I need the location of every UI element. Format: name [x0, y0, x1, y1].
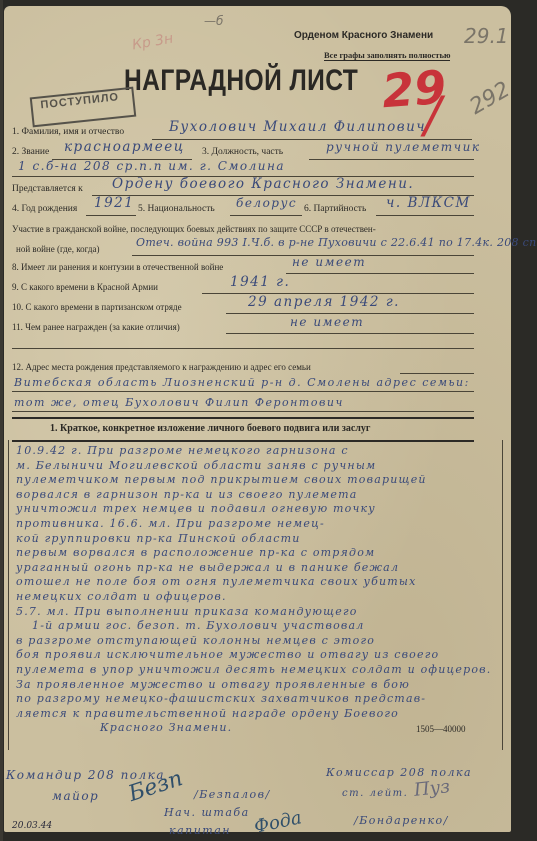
middle-signature: Фода [252, 807, 303, 838]
narrative-line: по разгрому немецко-фашистских захватчик… [16, 692, 426, 705]
pencil-number-2: 292 [466, 77, 515, 120]
middle-title-1: Нач. штаба [164, 806, 250, 819]
red-stroke: / [424, 86, 441, 144]
field-6-value: ч. ВЛКСМ [386, 195, 471, 211]
field-11-label: 11. Чем ранее награжден (за какие отличи… [12, 322, 180, 332]
field-7-label-cont: ной войне (где, когда) [16, 244, 100, 254]
section-top-rule [12, 417, 474, 419]
narrative-line: отошел не поле боя от огня пулеметчика с… [16, 575, 416, 588]
field-6-label: 6. Партийность [304, 204, 366, 214]
field-12-line-c [12, 411, 474, 412]
narrative-line: первым ворвался в расположение пр-ка с о… [16, 546, 375, 559]
field-5-line [230, 215, 302, 216]
date-note: 20.03.44 [12, 821, 52, 831]
field-9-value: 1941 г. [230, 274, 290, 290]
field-12-line-b [12, 391, 474, 392]
narrative-line: ураганный огонь пр-ка не выдержал и в па… [16, 561, 399, 574]
field-10-label: 10. С какого времени в партизанском отря… [12, 302, 182, 312]
right-title-1: Комиссар 208 полка [326, 766, 472, 779]
print-number: 1505—40000 [416, 724, 466, 734]
field-5-value: белорус [236, 196, 297, 210]
narrative-line: пулемета в упор уничтожил десять немецки… [16, 663, 491, 676]
field-5-label: 5. Национальность [138, 204, 215, 214]
field-4-line [86, 215, 136, 216]
order-header: Орденом Красного Знамени [294, 30, 433, 41]
field-3-line [309, 159, 474, 160]
field-10-line [226, 313, 474, 314]
field-7-value: Отеч. война 993 I.Ч.б. в р-не Пуховичи с… [136, 236, 537, 249]
field-8-line [286, 273, 474, 274]
stamp-label: ПОСТУПИЛО [40, 91, 120, 111]
narrative-line: м. Белыничи Могилевской области заняв с … [16, 459, 376, 472]
field-7-label: Участие в гражданской войне, последующих… [12, 224, 376, 234]
field-10-value: 29 апреля 1942 г. [248, 294, 400, 310]
narrative-line: в разгроме отступающей колонны немцев с … [16, 634, 375, 647]
field-3-value-cont: 1 с.б-на 208 ср.п.п им. г. Смолина [18, 159, 285, 173]
field-12-value-2: тот же, отец Бухолович Филип Феронтович [14, 396, 344, 409]
narrative-line: пулеметчиком первым под прикрытием своих… [16, 473, 427, 486]
scan-edge [0, 0, 3, 841]
narrative-line: 1-й армии гос. безоп. т. Бухолович участ… [32, 619, 364, 632]
section-right-border [502, 440, 503, 750]
narrative-line: ляется к правительственной награде орден… [16, 707, 399, 720]
right-signature: Пуз [413, 776, 451, 801]
pencil-note-top: Кр 3н [131, 31, 174, 54]
field-2-value: красноармеец [64, 139, 185, 155]
section-heading: 1. Краткое, конкретное изложение личного… [50, 423, 370, 434]
narrative-line: 10.9.42 г. При разгроме немецкого гарниз… [16, 444, 349, 457]
left-title-2: майор [52, 789, 99, 803]
left-name: /Безпалов/ [194, 788, 271, 801]
field-6-line [376, 215, 474, 216]
pencil-mark: —б [204, 14, 223, 28]
narrative-line: За проявленное мужество и отвагу проявле… [16, 678, 410, 691]
narrative-line: противника. 16.6. мл. При разгроме немец… [16, 517, 325, 530]
blank-line [12, 348, 474, 349]
right-name: /Бондаренко/ [354, 814, 449, 827]
field-8-label: 8. Имеет ли ранения и контузии в отечест… [12, 262, 223, 272]
narrative-line: уничтожил трех немцев и подавил огневую … [16, 502, 376, 515]
field-2-label: 2. Звание [12, 147, 49, 157]
field-1-label: 1. Фамилия, имя и отчество [12, 127, 124, 137]
award-sheet: Кр 3н —б Орденом Красного Знамени Все гр… [4, 6, 511, 832]
page-title: НАГРАДНОЙ ЛИСТ [124, 64, 358, 98]
section-bottom-rule [12, 440, 474, 442]
narrative-line: 5.7. мл. При выполнении приказа командую… [16, 605, 358, 618]
narrative-line: боя проявил исключительное мужество и от… [16, 648, 439, 661]
field-1-value: Бухолович Михаил Филипович [169, 119, 426, 135]
middle-title-2: капитан [169, 824, 231, 837]
field-11-line [226, 333, 474, 334]
field-9-label: 9. С какого времени в Красной Армии [12, 282, 158, 292]
presented-label: Представляется к [12, 184, 83, 194]
pencil-corner-number: 29.1 [464, 24, 509, 48]
field-11-value: не имеет [290, 315, 364, 329]
instruction: Все графы заполнять полностью [324, 50, 450, 61]
field-8-value: не имеет [292, 255, 366, 269]
section-left-border [8, 440, 9, 750]
presented-value: Ордену боевого Красного Знамени. [112, 176, 414, 192]
field-12-value-1: Витебская область Лиозненский р-н д. Смо… [14, 376, 470, 389]
field-4-label: 4. Год рождения [12, 204, 77, 214]
narrative-line: ворвался в гарнизон пр-ка и из своего пу… [16, 488, 358, 501]
right-title-2: ст. лейт. [342, 788, 408, 799]
field-12-label: 12. Адрес места рождения представляемого… [12, 362, 311, 372]
field-3-value: ручной пулеметчик [326, 140, 481, 154]
narrative-line: Красного Знамени. [100, 721, 232, 734]
field-12-line-a [400, 373, 474, 374]
field-4-value: 1921 [94, 195, 134, 211]
narrative-line: немецких солдат и офицеров. [16, 590, 227, 603]
received-stamp: ПОСТУПИЛО [30, 87, 137, 128]
narrative-line: кой группировки пр-ка Пинской области [16, 532, 301, 545]
field-3-label: 3. Должность, часть [202, 147, 283, 157]
